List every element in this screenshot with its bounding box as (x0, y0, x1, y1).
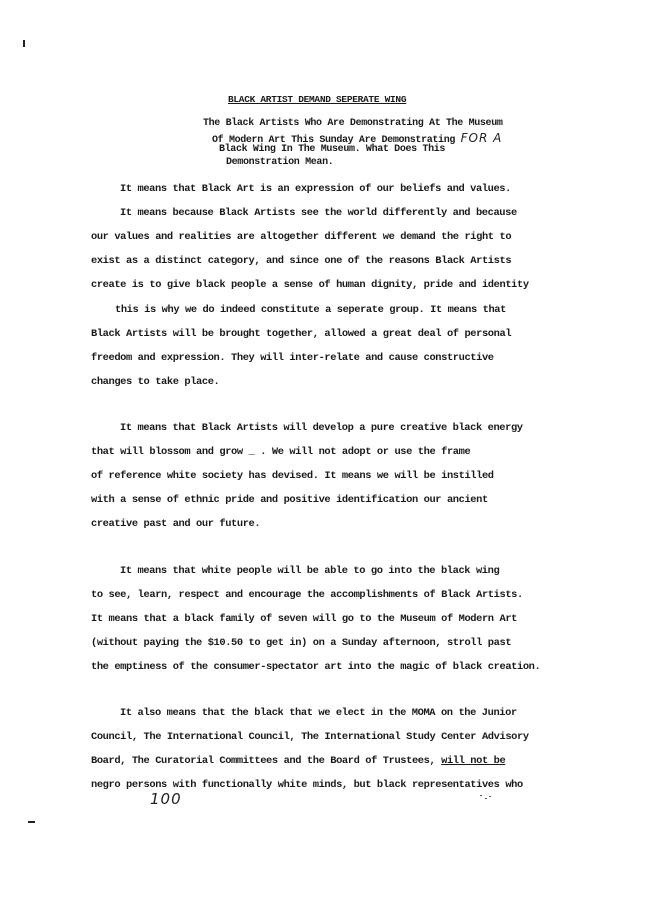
body-line: It means that a black family of seven wi… (91, 613, 517, 625)
body-line: (without paying the $10.50 to get in) on… (91, 637, 511, 649)
subtitle-line: The Black Artists Who Are Demonstrating … (203, 118, 503, 129)
body-line: our values and realities are altogether … (91, 231, 511, 243)
body-line: the emptiness of the consumer-spectator … (91, 661, 540, 673)
body-line: It means because Black Artists see the w… (120, 207, 517, 219)
body-line: create is to give black people a sense o… (91, 279, 529, 291)
body-line: freedom and expression. They will inter-… (91, 352, 494, 364)
body-line: Council, The International Council, The … (91, 731, 529, 743)
body-line: Black Artists will be brought together, … (91, 328, 511, 340)
body-line: with a sense of ethnic pride and positiv… (91, 494, 488, 506)
body-line: exist as a distinct category, and since … (91, 255, 511, 267)
subtitle-line: Black Wing In The Museum. What Does This (219, 144, 445, 155)
body-text: Board, The Curatorial Committees and the… (91, 755, 441, 767)
body-line: It means that Black Art is an expression… (120, 183, 511, 195)
margin-mark (23, 40, 25, 47)
body-line: that will blossom and grow _ . We will n… (91, 446, 470, 458)
body-line: creative past and our future. (91, 518, 260, 530)
handwritten-page-number: 100 (150, 790, 182, 808)
body-line: to see, learn, respect and encourage the… (91, 589, 523, 601)
body-line: of reference white society has devised. … (91, 470, 494, 482)
body-line: this is why we do indeed constitute a se… (115, 304, 506, 316)
body-line: It also means that the black that we ele… (120, 707, 517, 719)
document-page: BLACK ARTIST DEMAND SEPERATE WING The Bl… (0, 0, 650, 905)
underlined-text: will not be (441, 755, 505, 767)
document-title: BLACK ARTIST DEMAND SEPERATE WING (228, 94, 406, 105)
body-line: It means that Black Artists will develop… (120, 422, 523, 434)
body-line: It means that white people will be able … (120, 565, 499, 577)
handwritten-insert: FOR A (461, 131, 503, 145)
subtitle-line: Demonstration Mean. (226, 157, 333, 168)
body-line: changes to take place. (91, 376, 219, 388)
scan-specks (480, 795, 492, 801)
margin-mark (28, 821, 35, 823)
body-line: Board, The Curatorial Committees and the… (91, 755, 505, 767)
